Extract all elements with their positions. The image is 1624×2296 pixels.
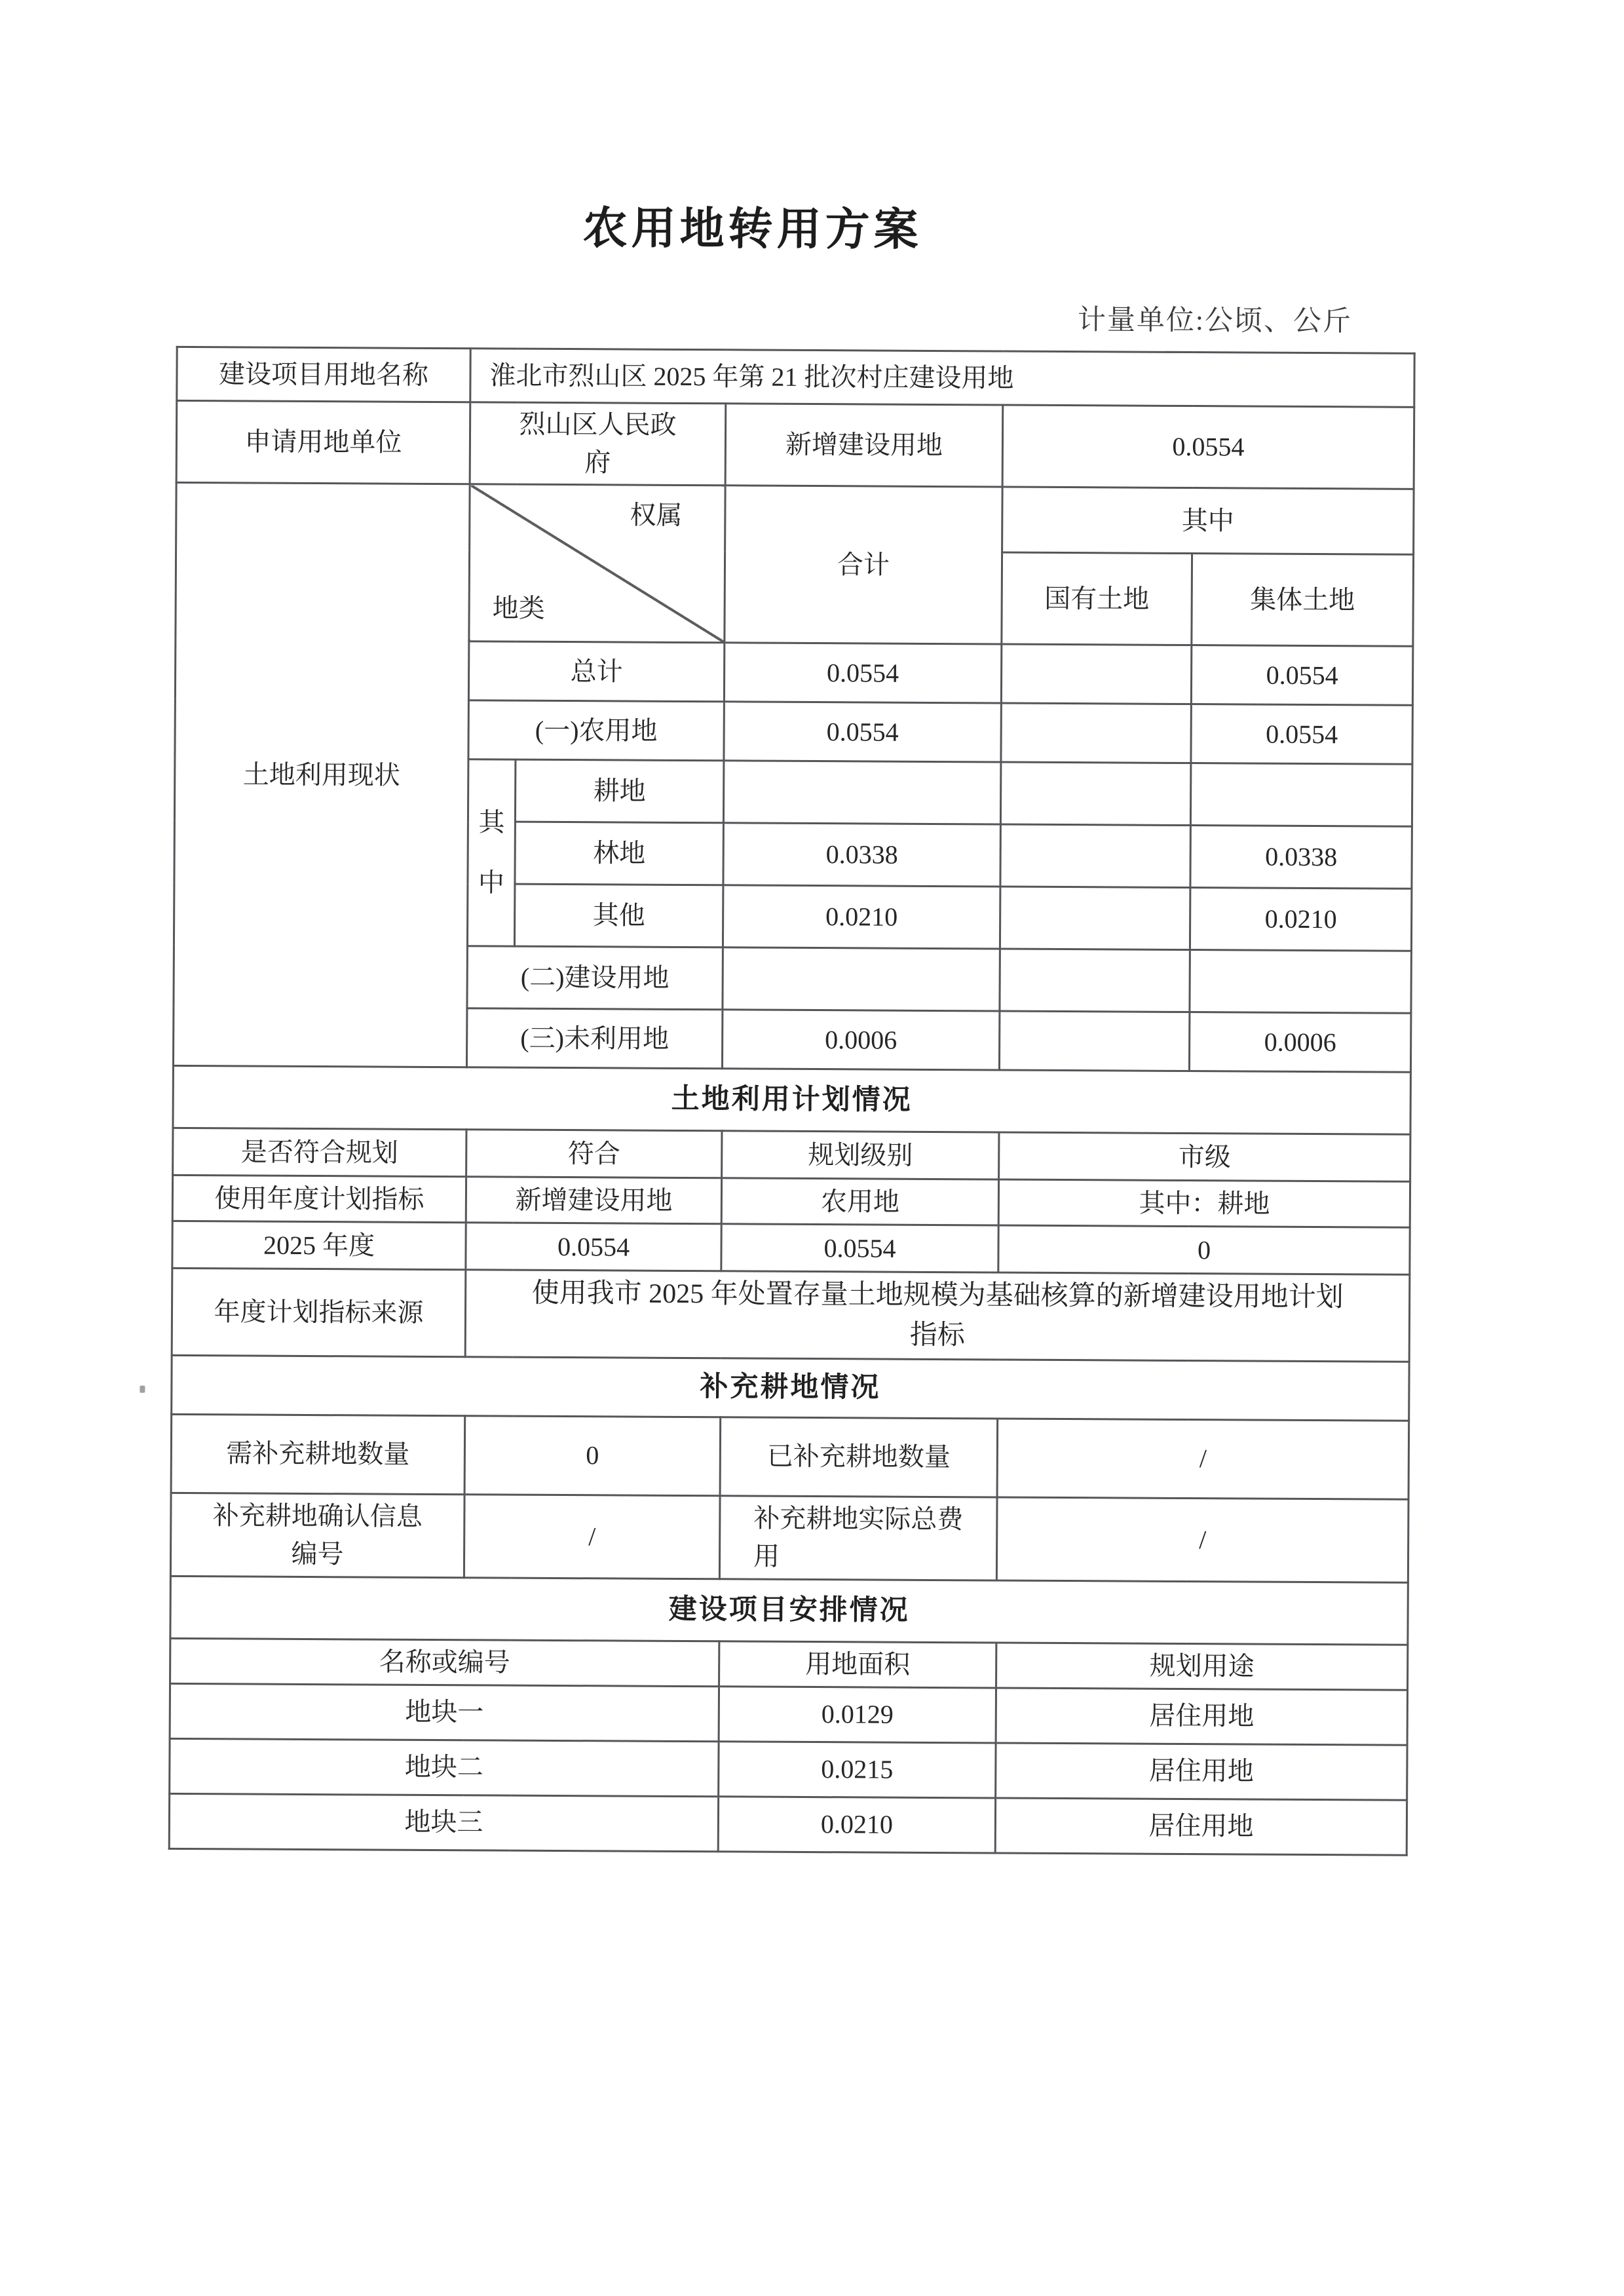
new-land-value: 0.0554 — [1002, 405, 1414, 489]
confirm-number-value: / — [464, 1495, 720, 1579]
diagonal-header-cell: 权属 地类 — [469, 484, 725, 643]
plan-conform-label: 是否符合规划 — [173, 1128, 466, 1176]
matrix-row-label: (二)建设用地 — [467, 946, 723, 1010]
annual-quota-new-land: 新增建设用地 — [466, 1177, 721, 1224]
matrix-collective-value: 0.0554 — [1191, 645, 1412, 706]
matrix-row-label: 耕地 — [515, 759, 723, 823]
matrix-state-value — [1000, 949, 1190, 1012]
table-row: 建设项目安排情况 — [170, 1576, 1408, 1645]
annual-quota-cultivated: 其中：耕地 — [998, 1179, 1410, 1227]
table-row: 补充耕地情况 — [172, 1355, 1409, 1421]
table-row: 土地利用计划情况 — [173, 1065, 1411, 1134]
need-supplement-label: 需补充耕地数量 — [171, 1414, 465, 1494]
table-row: 补充耕地确认信息编号 / 补充耕地实际总费用 / — [170, 1493, 1408, 1582]
total-cost-value: / — [996, 1497, 1408, 1582]
matrix-collective-value: 0.0210 — [1190, 888, 1412, 951]
matrix-row-label: (一)农用地 — [468, 700, 724, 761]
parcel-header-area: 用地面积 — [719, 1641, 996, 1688]
matrix-row-label: (三)未利用地 — [466, 1008, 722, 1069]
year-cultivated-value: 0 — [998, 1225, 1410, 1274]
matrix-collective-value — [1190, 763, 1412, 827]
table-row: 名称或编号 用地面积 规划用途 — [170, 1638, 1408, 1690]
parcel-header-name: 名称或编号 — [170, 1638, 719, 1686]
matrix-total-value: 0.0338 — [723, 823, 1000, 887]
column-header-state-land: 国有土地 — [1002, 552, 1192, 645]
table-row: 建设项目用地名称 淮北市烈山区 2025 年第 21 批次村庄建设用地 — [177, 347, 1414, 407]
matrix-total-value: 0.0006 — [722, 1010, 999, 1070]
parcel-use: 居住用地 — [996, 1743, 1407, 1800]
matrix-state-value — [1000, 824, 1190, 888]
applicant-label: 申请用地单位 — [176, 400, 470, 484]
matrix-state-value — [1001, 703, 1191, 763]
matrix-collective-value: 0.0338 — [1190, 826, 1412, 889]
matrix-total-value — [723, 761, 1000, 824]
parcel-area: 0.0210 — [718, 1797, 995, 1853]
matrix-total-value: 0.0554 — [724, 702, 1001, 762]
parcel-header-use: 规划用途 — [996, 1643, 1408, 1690]
matrix-state-value — [1001, 644, 1191, 704]
column-header-among: 其中 — [1002, 487, 1414, 554]
matrix-total-value: 0.0210 — [723, 885, 1000, 949]
section-title-supplement: 补充耕地情况 — [172, 1355, 1409, 1421]
parcel-use: 居住用地 — [996, 1688, 1407, 1745]
section-title-project-arrangement: 建设项目安排情况 — [170, 1576, 1408, 1645]
scan-speck-artifact — [140, 1386, 145, 1393]
parcel-name: 地块二 — [170, 1738, 719, 1796]
diagonal-bottom-label: 地类 — [492, 589, 544, 627]
table-row: 使用年度计划指标 新增建设用地 农用地 其中：耕地 — [172, 1175, 1410, 1227]
matrix-collective-value: 0.0006 — [1189, 1012, 1410, 1073]
plan-level-value: 市级 — [999, 1132, 1410, 1181]
table-row: 地块一 0.0129 居住用地 — [170, 1683, 1407, 1745]
parcel-use: 居住用地 — [995, 1798, 1407, 1855]
table-row: 地块三 0.0210 居住用地 — [169, 1793, 1407, 1855]
quota-source-label: 年度计划指标来源 — [172, 1268, 466, 1356]
table-row: 2025 年度 0.0554 0.0554 0 — [172, 1221, 1410, 1274]
annual-quota-label: 使用年度计划指标 — [172, 1175, 466, 1222]
matrix-row-label: 总计 — [468, 641, 724, 702]
confirm-number-label: 补充耕地确认信息编号 — [170, 1493, 464, 1577]
matrix-state-value — [1000, 887, 1190, 950]
matrix-collective-value — [1190, 950, 1412, 1014]
project-name-value: 淮北市烈山区 2025 年第 21 批次村庄建设用地 — [470, 349, 1414, 408]
need-supplement-value: 0 — [464, 1416, 721, 1496]
done-supplement-label: 已补充耕地数量 — [720, 1417, 998, 1497]
matrix-total-value — [723, 947, 1000, 1011]
matrix-state-value — [999, 1011, 1189, 1071]
unit-note: 计量单位:公顷、公斤 — [1078, 297, 1352, 339]
table-row: 申请用地单位 烈山区人民政府 新增建设用地 0.0554 — [176, 400, 1414, 489]
matrix-state-value — [1000, 762, 1190, 826]
done-supplement-value: / — [997, 1419, 1409, 1499]
parcel-area: 0.0129 — [719, 1687, 996, 1743]
plan-level-label: 规划级别 — [722, 1131, 999, 1179]
column-header-total: 合计 — [725, 486, 1002, 644]
conversion-form-table: 建设项目用地名称 淮北市烈山区 2025 年第 21 批次村庄建设用地 申请用地… — [168, 346, 1416, 1856]
table-row: 需补充耕地数量 0 已补充耕地数量 / — [171, 1414, 1409, 1499]
table-row: 土地利用现状 权属 地类 合计 其中 — [176, 482, 1414, 554]
plan-conform-value: 符合 — [466, 1130, 722, 1178]
year-label: 2025 年度 — [172, 1221, 466, 1269]
total-cost-label: 补充耕地实际总费用 — [719, 1496, 997, 1580]
annual-quota-farmland: 农用地 — [721, 1178, 998, 1225]
section-title-land-use-plan: 土地利用计划情况 — [173, 1065, 1411, 1134]
land-status-label: 土地利用现状 — [173, 482, 470, 1067]
among-vertical-label: 其中 — [467, 759, 515, 946]
parcel-name: 地块一 — [170, 1683, 719, 1741]
project-name-label: 建设项目用地名称 — [177, 347, 470, 402]
column-header-collective-land: 集体土地 — [1192, 554, 1414, 647]
scanned-page: 农用地转用方案 计量单位:公顷、公斤 建设项目用地名称 淮北市烈山区 2025 … — [0, 0, 1624, 2296]
page-title: 农用地转用方案 — [2, 190, 1502, 261]
quota-source-value: 使用我市 2025 年处置存量土地规模为基础核算的新增建设用地计划指标 — [465, 1270, 1410, 1362]
table-row: 地块二 0.0215 居住用地 — [170, 1738, 1407, 1800]
parcel-area: 0.0215 — [719, 1742, 996, 1798]
matrix-total-value: 0.0554 — [724, 643, 1001, 703]
diagonal-top-label: 权属 — [630, 497, 682, 535]
new-land-label: 新增建设用地 — [725, 404, 1003, 487]
year-new-land-value: 0.0554 — [466, 1223, 721, 1271]
year-farmland-value: 0.0554 — [721, 1224, 998, 1272]
applicant-value: 烈山区人民政府 — [470, 402, 726, 486]
parcel-name: 地块三 — [169, 1793, 718, 1851]
table-row: 年度计划指标来源 使用我市 2025 年处置存量土地规模为基础核算的新增建设用地… — [172, 1268, 1410, 1362]
matrix-collective-value: 0.0554 — [1191, 704, 1412, 765]
matrix-row-label: 其他 — [514, 884, 723, 947]
matrix-row-label: 林地 — [515, 822, 723, 885]
table-row: 是否符合规划 符合 规划级别 市级 — [173, 1128, 1410, 1181]
